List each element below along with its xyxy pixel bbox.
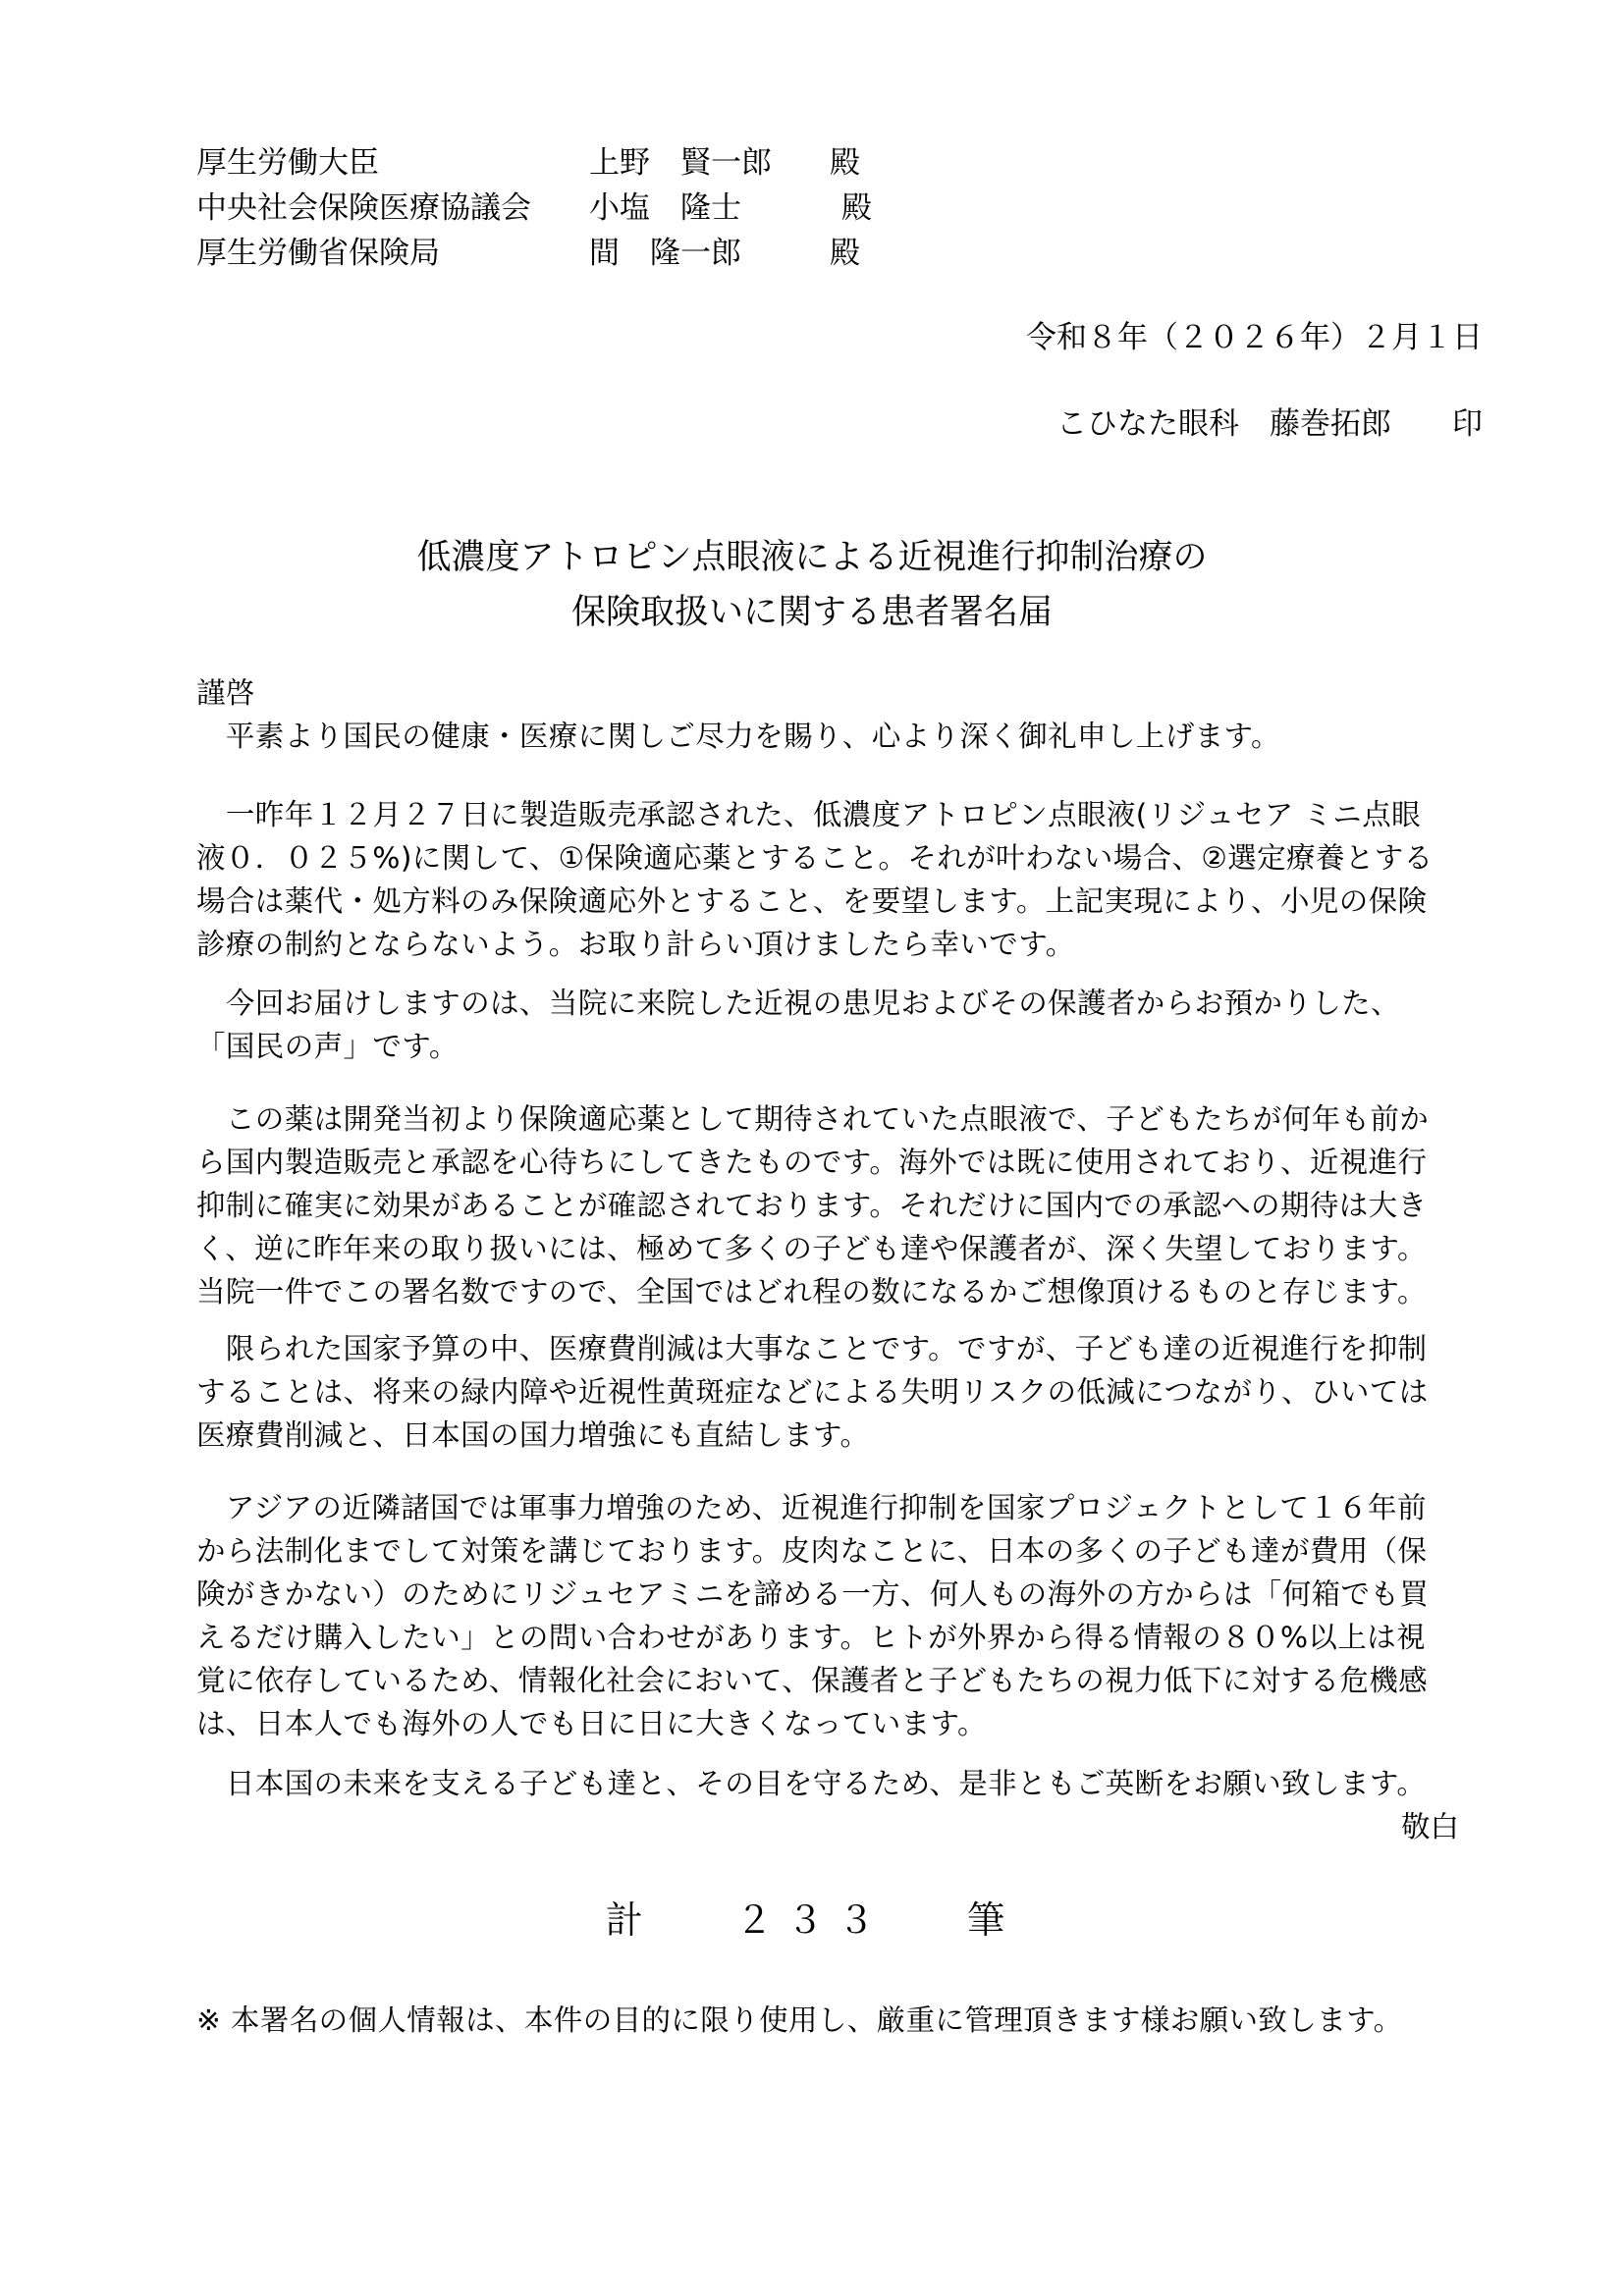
addressee-org: 厚生労働大臣 [196, 137, 379, 182]
title-line-2: 保険取扱いに関する患者署名届 [0, 585, 1624, 640]
paragraph: 平素より国民の健康・医療に関しご尽力を賜り、心より深く御礼申し上げます。 [196, 715, 1483, 758]
paragraph: 一昨年１２月２７日に製造販売承認された、低濃度アトロピン点眼液(リジュセア ミニ… [196, 793, 1483, 966]
addressee-name: 上野 賢一郎 [589, 137, 772, 182]
document-date: 令和８年（２０２６年）２月１日 [1026, 312, 1483, 356]
paragraph: 限られた国家予算の中、医療費削減は大事なことです。ですが、子ども達の近視進行を抑… [196, 1327, 1483, 1457]
salutation: 謹啓 [196, 671, 1483, 715]
title-line-1: 低濃度アトロピン点眼液による近視進行抑制治療の [0, 530, 1624, 585]
document-title: 低濃度アトロピン点眼液による近視進行抑制治療の 保険取扱いに関する患者署名届 [0, 530, 1624, 640]
total-suffix: 筆 [967, 1898, 1018, 1942]
addressee-org: 中央社会保険医療協議会 [196, 183, 531, 227]
addressee-name: 間 隆一郎 [589, 228, 741, 272]
paragraph: アジアの近隣諸国では軍事力増強のため、近視進行抑制を国家プロジェクトとして１６年… [196, 1486, 1483, 1745]
addressee-name: 小塩 隆士 [589, 183, 741, 227]
total-prefix: 計 [606, 1898, 657, 1942]
addressee-honorific: 殿 [841, 183, 872, 227]
paragraph: 今回お届けしますのは、当院に来院した近視の患児およびその保護者からお預かりした、… [196, 982, 1483, 1068]
signature-total: 計 ２３３ 筆 [0, 1890, 1624, 1944]
closing: 敬白 [1401, 1804, 1459, 1845]
addressee-honorific: 殿 [830, 228, 860, 272]
paragraph: 日本国の未来を支える子ども達と、その目を守るため、是非ともご英断をお願い致します… [196, 1762, 1483, 1805]
privacy-note: ※ 本署名の個人情報は、本件の目的に限り使用し、厳重に管理頂きます様お願い致しま… [196, 1998, 1403, 2039]
addressee-org: 厚生労働省保険局 [196, 228, 440, 272]
addressee-honorific: 殿 [830, 137, 860, 182]
sender-signature: こひなた眼科 藤巻拓郎 印 [1056, 399, 1483, 443]
paragraph: この薬は開発当初より保険適応薬として期待されていた点眼液で、子どもたちが何年も前… [196, 1097, 1483, 1313]
total-count: ２３３ [735, 1898, 889, 1942]
